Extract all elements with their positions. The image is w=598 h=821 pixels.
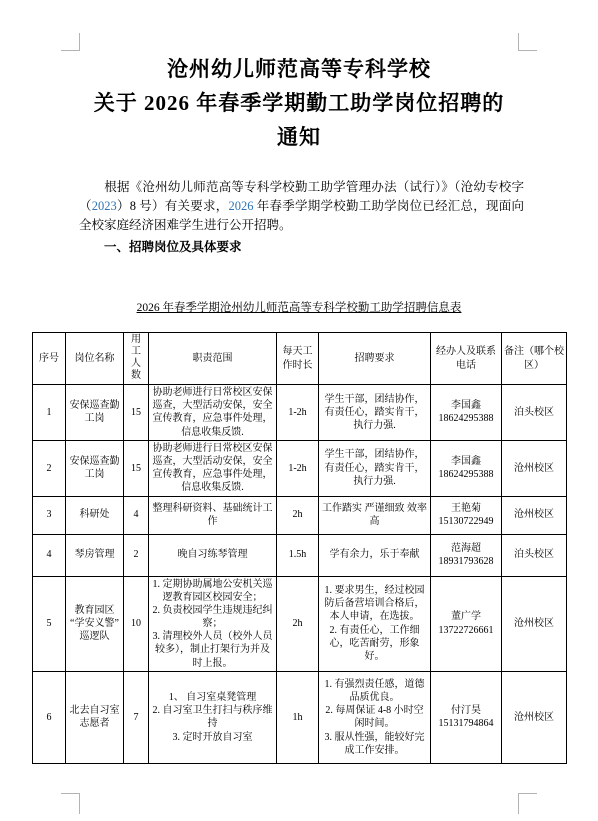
cell-no: 4 (33, 534, 66, 576)
table-row: 6 北去自习室志愿者 7 1、 自习室桌凳管理 2. 自习室卫生打扫与秩序维持 … (33, 671, 567, 763)
table-row: 4 琴房管理 2 晚自习练琴管理 1.5h 学有余力，乐于奉献 范海超 1893… (33, 534, 567, 576)
cell-requirements: 1. 要求男生，经过校园防后备营培训合格后，本人申请，在选拔。 2. 有责任心，… (319, 576, 431, 671)
cell-position: 琴房管理 (66, 534, 124, 576)
cell-duties: 1、 自习室桌凳管理 2. 自习室卫生打扫与秩序维持 3. 定时开放自习室 (149, 671, 277, 763)
cell-duties: 整理科研资料、基础统计工作 (149, 496, 277, 534)
contact-name: 王艳菊 (433, 502, 499, 515)
cell-position: 安保巡查勤工岗 (66, 385, 124, 441)
cell-count: 15 (124, 385, 149, 441)
cell-campus: 沧州校区 (502, 496, 567, 534)
cell-hours: 1-2h (277, 440, 319, 496)
intro-paragraph: 根据《沧州幼儿师范高等专科学校勤工助学管理办法（试行）》（沧幼专校字（2023）… (79, 178, 524, 235)
contact-phone: 15131794864 (433, 717, 499, 730)
cell-duties: 1. 定期协助属地公安机关巡逻教育园区校园安全； 2. 负责校园学生违规违纪纠察… (149, 576, 277, 671)
cell-campus: 泊头校区 (502, 385, 567, 441)
header-count-text: 用工人数 (131, 334, 141, 382)
cell-position: 教育园区“学安义警”巡逻队 (66, 576, 124, 671)
cell-count: 10 (124, 576, 149, 671)
cell-count: 2 (124, 534, 149, 576)
header-duties: 职责范围 (149, 333, 277, 385)
cell-requirements: 1. 有强烈责任感，道德品质优良。 2. 每周保证 4-8 小时空闲时间。 3.… (319, 671, 431, 763)
recruitment-table: 序号 岗位名称 用工人数 职责范围 每天工作时长 招聘要求 经办人及联系电话 备… (32, 332, 567, 764)
cell-requirements: 学生干部，团结协作，有责任心，踏实肯干，执行力强. (319, 385, 431, 441)
header-requirements: 招聘要求 (319, 333, 431, 385)
cell-no: 2 (33, 440, 66, 496)
header-hours: 每天工作时长 (277, 333, 319, 385)
cell-hours: 1h (277, 671, 319, 763)
cell-hours: 1-2h (277, 385, 319, 441)
contact-phone: 18624295388 (433, 412, 499, 425)
table-caption: 2026 年春季学期沧州幼儿师范高等专科学校勤工助学招聘信息表 (0, 299, 598, 315)
contact-phone: 18931793628 (433, 555, 499, 568)
cell-count: 15 (124, 440, 149, 496)
section-heading: 一、招聘岗位及具体要求 (79, 238, 524, 257)
header-note: 备注（哪个校区） (502, 333, 567, 385)
contact-name: 董广学 (433, 610, 499, 623)
cell-no: 1 (33, 385, 66, 441)
document-page: 沧州幼儿师范高等专科学校 关于 2026 年春季学期勤工助学岗位招聘的 通知 根… (0, 0, 598, 821)
contact-phone: 18624295388 (433, 468, 499, 481)
crop-mark-bottom-left (61, 793, 80, 814)
table-row: 1 安保巡查勤工岗 15 协助老师进行日常校区安保巡查，大型活动安保，安全宣传教… (33, 385, 567, 441)
cell-count: 4 (124, 496, 149, 534)
cell-contact: 董广学 13722726661 (431, 576, 502, 671)
cell-contact: 王艳菊 15130722949 (431, 496, 502, 534)
intro-year-2026: 2026 (228, 199, 253, 213)
contact-phone: 13722726661 (433, 624, 499, 637)
cell-campus: 沧州校区 (502, 671, 567, 763)
contact-phone: 15130722949 (433, 515, 499, 528)
cell-count: 7 (124, 671, 149, 763)
cell-position: 安保巡查勤工岗 (66, 440, 124, 496)
crop-mark-top-right (518, 33, 537, 51)
cell-hours: 2h (277, 496, 319, 534)
cell-contact: 付汀昊 15131794864 (431, 671, 502, 763)
header-no: 序号 (33, 333, 66, 385)
cell-hours: 2h (277, 576, 319, 671)
crop-mark-bottom-right (518, 793, 537, 814)
cell-contact: 李国鑫 18624295388 (431, 385, 502, 441)
intro-year-2023: 2023 (92, 199, 117, 213)
cell-campus: 沧州校区 (502, 576, 567, 671)
cell-campus: 沧州校区 (502, 440, 567, 496)
cell-hours: 1.5h (277, 534, 319, 576)
contact-name: 李国鑫 (433, 455, 499, 468)
cell-no: 3 (33, 496, 66, 534)
intro-segment: ）8 号）有关要求， (117, 199, 229, 213)
table-row: 5 教育园区“学安义警”巡逻队 10 1. 定期协助属地公安机关巡逻教育园区校园… (33, 576, 567, 671)
cell-no: 6 (33, 671, 66, 763)
title-line-3: 通知 (0, 120, 598, 154)
table-row: 3 科研处 4 整理科研资料、基础统计工作 2h 工作踏实 严谨细致 效率高 王… (33, 496, 567, 534)
cell-requirements: 工作踏实 严谨细致 效率高 (319, 496, 431, 534)
cell-position: 北去自习室志愿者 (66, 671, 124, 763)
cell-position: 科研处 (66, 496, 124, 534)
cell-no: 5 (33, 576, 66, 671)
contact-name: 李国鑫 (433, 399, 499, 412)
table-row: 2 安保巡查勤工岗 15 协助老师进行日常校区安保巡查，大型活动安保，安全宣传教… (33, 440, 567, 496)
cell-requirements: 学生干部，团结协作，有责任心，踏实肯干，执行力强. (319, 440, 431, 496)
contact-name: 范海超 (433, 542, 499, 555)
contact-name: 付汀昊 (433, 704, 499, 717)
cell-duties: 协助老师进行日常校区安保巡查，大型活动安保，安全宣传教育，应急事件处理，信息收集… (149, 385, 277, 441)
cell-duties: 协助老师进行日常校区安保巡查，大型活动安保，安全宣传教育，应急事件处理，信息收集… (149, 440, 277, 496)
cell-requirements: 学有余力，乐于奉献 (319, 534, 431, 576)
document-title: 沧州幼儿师范高等专科学校 关于 2026 年春季学期勤工助学岗位招聘的 通知 (0, 0, 598, 154)
header-count: 用工人数 (124, 333, 149, 385)
table-caption-text: 2026 年春季学期沧州幼儿师范高等专科学校勤工助学招聘信息表 (137, 302, 462, 314)
header-position: 岗位名称 (66, 333, 124, 385)
crop-mark-top-left (61, 33, 80, 51)
cell-duties: 晚自习练琴管理 (149, 534, 277, 576)
header-contact: 经办人及联系电话 (431, 333, 502, 385)
table-header-row: 序号 岗位名称 用工人数 职责范围 每天工作时长 招聘要求 经办人及联系电话 备… (33, 333, 567, 385)
cell-contact: 范海超 18931793628 (431, 534, 502, 576)
title-line-2: 关于 2026 年春季学期勤工助学岗位招聘的 (0, 86, 598, 120)
cell-campus: 泊头校区 (502, 534, 567, 576)
cell-contact: 李国鑫 18624295388 (431, 440, 502, 496)
title-line-1: 沧州幼儿师范高等专科学校 (0, 52, 598, 86)
